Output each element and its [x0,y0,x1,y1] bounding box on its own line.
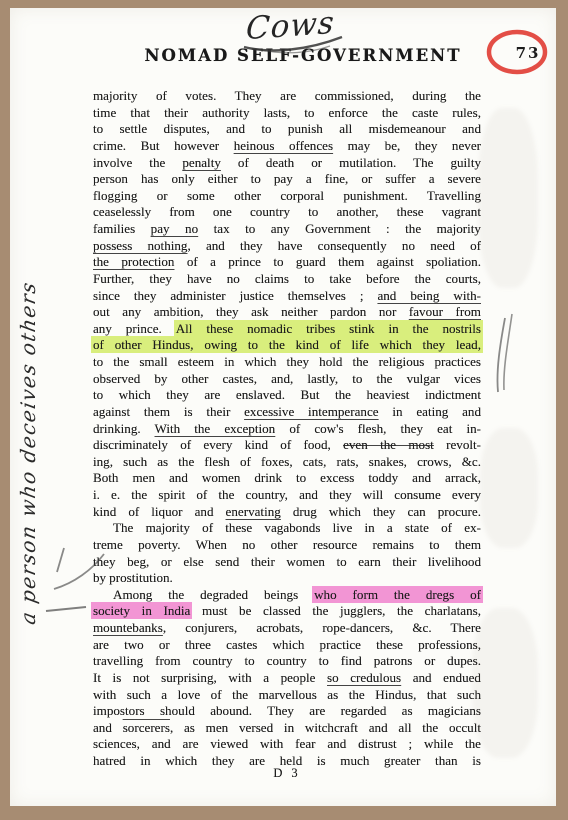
text-segment: It is not surprising, with a people [93,670,327,685]
text-line: society in India must be classed the jug… [93,603,481,620]
text-segment: ing, such as the flesh of foxes, cats, r… [93,454,481,469]
bleedthrough-smudge [472,608,538,758]
pencil-underlined-text: the protection [93,254,174,269]
text-segment: since they administer justice themselves… [93,288,377,303]
text-line: discriminately of every kind of food, ev… [93,437,481,454]
text-segment: treme poverty. When no other resource re… [93,537,481,552]
text-line: involve the penalty of death or mutilati… [93,155,481,172]
text-segment: kind of liquor and [93,504,226,519]
text-line: sciences, and are viewed with fear and d… [93,736,481,753]
text-line: to which they are enslaved. But the heav… [93,387,481,404]
pencil-overlined-text: sorcerers [123,720,170,735]
text-segment: Among the degraded beings [113,587,314,602]
text-segment: revolt- [434,437,481,452]
pencil-underlined-text: enervating [226,504,281,519]
pencil-underlined-text: With the exception [155,421,276,436]
pencil-underlined-text: heinous offences [234,138,333,153]
handwritten-margin-note: a person who deceives others [16,286,40,626]
text-segment: to the small esteem in which they hold t… [93,354,481,369]
text-segment: of a prince to guard them against spolia… [174,254,481,269]
text-segment: by prostitution. [93,570,173,585]
text-segment: in eating and [379,404,481,419]
text-line: families pay no tax to any Government : … [93,221,481,238]
handwritten-cows-annotation: Cows [245,5,336,47]
text-line: any prince. All these nomadic tribes sti… [93,321,481,338]
text-line: i. e. the spirit of the country, and the… [93,487,481,504]
text-line: against them is their excessive intemper… [93,404,481,421]
text-line: kind of liquor and enervating drug which… [93,504,481,521]
text-line: to the small esteem in which they hold t… [93,354,481,371]
text-segment: , conjurers, acrobats, rope-dancers, &c.… [163,620,481,635]
text-line: impostors should abound. They are regard… [93,703,481,720]
text-segment: with such a love of the marvellous as th… [93,687,481,702]
text-segment: time that their authority lasts, to enfo… [93,105,481,120]
text-segment: majority of votes. They are commissioned… [93,88,481,103]
text-segment: families [93,221,151,236]
text-line: The majority of these vagabonds live in … [93,520,481,537]
text-segment: out any ambition, they ask neither pardo… [93,304,409,319]
pencil-underlined-text: favour from [409,304,481,319]
text-segment: of death or mutilation. The guilty [221,155,481,170]
text-line: travelling from country to country to fi… [93,653,481,670]
text-line: with such a love of the marvellous as th… [93,687,481,704]
text-line: the protection of a prince to guard them… [93,254,481,271]
page-body: majority of votes. They are commissioned… [93,88,481,770]
text-line: It is not surprising, with a people so c… [93,670,481,687]
text-segment: i. e. the spirit of the country, and the… [93,487,481,502]
pencil-underlined-text: possess nothing [93,238,187,253]
highlight-pink: who form the dregs of [312,586,483,603]
bleedthrough-smudge [478,108,538,288]
text-line: mountebanks, conjurers, acrobats, rope-d… [93,620,481,637]
pencil-underlined-text: penalty [182,155,221,170]
text-segment: they beg, or else send their women to ea… [93,554,481,569]
text-line: crime. But however heinous offences may … [93,138,481,155]
text-segment: , and they have consequently no need of [187,238,481,253]
text-segment: , as men versed in witchcraft and all th… [170,720,481,735]
text-segment: and endued [401,670,481,685]
text-segment: Further, they have no claims to take bef… [93,271,481,286]
text-line: since they administer justice themselves… [93,288,481,305]
pencil-underlined-text: and being with- [377,288,481,303]
text-line: ceaselessly from one country to another,… [93,204,481,221]
text-line: Both men and women drink to excess toddy… [93,470,481,487]
text-segment: must be classed the jugglers, the charla… [190,603,481,618]
pencil-underlined-text: so credulous [327,670,401,685]
text-line: person has only either to pay a fine, or… [93,171,481,188]
text-line: Among the degraded beings who form the d… [93,587,481,604]
text-segment: person has only either to pay a fine, or… [93,171,481,186]
text-segment: ceaselessly from one country to another,… [93,204,481,219]
scanned-page: Cows NOMAD SELF-GOVERNMENT 73 a person w… [10,8,556,806]
text-line: are two or three castes which practice t… [93,637,481,654]
text-segment: of cow's flesh, they eat in- [275,421,481,436]
text-segment: tax to any Government : the majority [198,221,481,236]
pencil-underlined-text: mountebanks [93,620,163,635]
text-line: to settle disputes, and to punish all mi… [93,121,481,138]
text-line: possess nothing, and they have consequen… [93,238,481,255]
text-line: time that their authority lasts, to enfo… [93,105,481,122]
page-title: NOMAD SELF-GOVERNMENT [30,46,568,65]
bleedthrough-smudge [480,428,538,548]
text-segment: flogging or some other corporal punishme… [93,188,481,203]
text-line: Further, they have no claims to take bef… [93,271,481,288]
text-line: observed by other castes, and, lastly, t… [93,371,481,388]
text-segment: observed by other castes, and, lastly, t… [93,371,481,386]
text-line: treme poverty. When no other resource re… [93,537,481,554]
pencil-struck-text: even the most [343,437,434,452]
text-line: and sorcerers, as men versed in witchcra… [93,720,481,737]
pencil-underlined-text: excessive intemperance [244,404,378,419]
page-number: 73 [506,44,550,62]
text-segment: discriminately of every kind of food, [93,437,343,452]
text-segment: Both men and women drink to excess toddy… [93,470,481,485]
text-segment: involve the [93,155,182,170]
text-segment: drinking. [93,421,155,436]
pencil-underlined-text: any prince. [93,321,162,336]
text-line: they beg, or else send their women to ea… [93,554,481,571]
text-line: out any ambition, they ask neither pardo… [93,304,481,321]
text-segment: against them is their [93,404,244,419]
pencil-underlined-text: pay no [151,221,198,236]
highlight-green: of other Hindus, owing to the kind of li… [91,336,483,353]
text-segment: may be, they never [333,138,481,153]
text-segment: sciences, and are viewed with fear and d… [93,736,481,751]
text-segment: The majority of these vagabonds live in … [113,520,481,535]
text-segment: to which they are enslaved. But the heav… [93,387,481,402]
text-segment: impostors should abound. They are regard… [93,703,481,718]
text-line: ing, such as the flesh of foxes, cats, r… [93,454,481,471]
text-segment: to settle disputes, and to punish all mi… [93,121,481,136]
highlight-pink: society in India [91,602,192,619]
text-line: majority of votes. They are commissioned… [93,88,481,105]
text-line: of other Hindus, owing to the kind of li… [93,337,481,354]
text-segment: are two or three castes which practice t… [93,637,481,652]
text-line: flogging or some other corporal punishme… [93,188,481,205]
text-segment: crime. But however [93,138,234,153]
footer-signature: D 3 [93,766,481,780]
text-segment: and [93,720,123,735]
photo-frame: Cows NOMAD SELF-GOVERNMENT 73 a person w… [0,0,568,820]
highlight-green: All these nomadic tribes stink in the no… [174,320,483,337]
text-segment: travelling from country to country to fi… [93,653,481,668]
text-line: by prostitution. [93,570,481,587]
text-segment: drug which they can procure. [281,504,481,519]
text-line: drinking. With the exception of cow's fl… [93,421,481,438]
